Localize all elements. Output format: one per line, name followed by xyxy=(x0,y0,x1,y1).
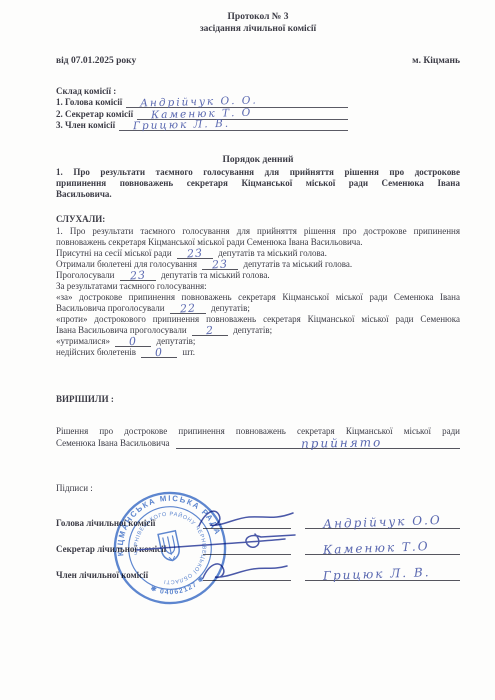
ballots-count-line: Отримали бюлетені для голосування 23 деп… xyxy=(56,259,460,270)
handwritten-number: 23 xyxy=(212,260,229,270)
line-text: «утрималися» xyxy=(56,336,110,346)
handwritten-decision: прийнято xyxy=(301,437,383,449)
agenda-heading: Порядок денний xyxy=(56,155,460,166)
line-text: депутатів та міський голова. xyxy=(218,248,327,258)
voted-count-line: Проголосували 23 депутатів та міський го… xyxy=(56,270,460,281)
document-title-block: Протокол № 3 засідання лічильної комісії xyxy=(56,12,460,35)
fill-in-blank: 0 xyxy=(141,347,177,358)
document-title: Протокол № 3 xyxy=(56,12,460,24)
fill-in-blank: 2 xyxy=(192,325,228,336)
document-subtitle: засідання лічильної комісії xyxy=(56,24,460,36)
line-text: Васильовича проголосували xyxy=(56,303,165,313)
protocol-document-page: Протокол № 3 засідання лічильної комісії… xyxy=(0,0,495,700)
line-text: Присутні на сесії міської ради xyxy=(56,248,172,258)
fill-in-line: Каменюк Т.О xyxy=(305,542,460,555)
vote-for-count-line: Васильовича проголосували 22 депутатів; xyxy=(56,303,460,314)
handwritten-name: Андрійчук О.О xyxy=(323,515,442,530)
composition-heading: Склад комісії : xyxy=(56,86,460,97)
handwritten-number: 23 xyxy=(187,249,204,259)
decided-fill-line: Семенюка Івана Васильовича прийнято xyxy=(56,437,460,449)
line-text: Проголосували xyxy=(56,270,114,280)
fill-in-line: Грицюк Л. В. xyxy=(305,568,460,581)
results-intro-line: За результатами таємного голосування: xyxy=(56,281,460,292)
heard-intro-line: 1. Про результати таємного голосування д… xyxy=(56,226,460,237)
line-text: депутатів та міський голова. xyxy=(243,259,352,269)
member-label: 2. Секретар комісії xyxy=(56,109,137,120)
line-text: недійсних бюлетенів xyxy=(56,347,136,357)
invalid-ballots-line: недійсних бюлетенів 0 шт. xyxy=(56,347,460,358)
agenda-text-line: 1. Про результати таємного голосування д… xyxy=(56,167,460,178)
present-count-line: Присутні на сесії міської ради 23 депута… xyxy=(56,248,460,259)
fill-in-blank: 0 xyxy=(115,336,151,347)
signatures-section: Підписи : КІЦМАНСЬКА МІСЬКА РАДА ✱ 04062… xyxy=(56,483,460,581)
decided-heading: ВИРІШИЛИ : xyxy=(56,394,460,405)
date-place-row: від 07.01.2025 року м. Кіцмань xyxy=(56,56,460,67)
commission-composition: Склад комісії : 1. Голова комісії Андрій… xyxy=(56,86,460,131)
signature-row-member: Член лічильної комісії Грицюк Л. В. xyxy=(56,555,460,581)
fill-in-blank: 22 xyxy=(170,303,206,314)
line-text: шт. xyxy=(183,347,195,357)
line-text: депутатів; xyxy=(157,336,196,346)
vote-against-count-line: Івана Васильовича проголосували 2 депута… xyxy=(56,325,460,336)
fill-in-blank: 23 xyxy=(120,270,156,281)
fill-in-blank: 23 xyxy=(177,248,213,259)
line-text: Отримали бюлетені для голосування xyxy=(56,259,197,269)
fill-in-blank: 23 xyxy=(202,259,238,270)
member-label: 3. Член комісії xyxy=(56,120,119,131)
fill-in-line: Андрійчук О.О xyxy=(305,516,460,529)
signature-row-secretary: Секретар лічильної комісії Каменюк Т.О xyxy=(56,529,460,555)
document-place: м. Кіцмань xyxy=(412,56,460,67)
heard-intro-line: повноважень секретаря Кіцманської місько… xyxy=(56,237,460,248)
signature-stroke-icon xyxy=(195,556,299,584)
handwritten-number: 0 xyxy=(129,337,138,347)
line-text: Семенюка Івана Васильовича xyxy=(56,438,176,449)
line-text: депутатів; xyxy=(233,325,272,335)
vote-against-line: «проти» дострокового припинення повноваж… xyxy=(56,314,460,325)
signature-row-head: Голова лічильної комісії Андрійчук О.О xyxy=(56,503,460,529)
agenda-text-line: Васильовича. xyxy=(56,189,460,200)
handwritten-name: Каменюк Т.О xyxy=(323,541,430,556)
decided-text-line: Рішення про дострокове припинення повнов… xyxy=(56,426,460,437)
handwritten-number: 2 xyxy=(206,326,215,336)
signature-line xyxy=(203,568,291,581)
vote-for-line: «за» дострокове припинення повноважень с… xyxy=(56,292,460,303)
document-date: від 07.01.2025 року xyxy=(56,56,136,67)
heard-heading: СЛУХАЛИ: xyxy=(56,214,460,225)
decided-section: ВИРІШИЛИ : Рішення про дострокове припин… xyxy=(56,394,460,449)
member-label: 1. Голова комісії xyxy=(56,97,126,108)
signature-rows: Голова лічильної комісії Андрійчук О.О С… xyxy=(56,503,460,581)
signature-role-label: Голова лічильної комісії xyxy=(56,518,203,529)
signatures-heading: Підписи : xyxy=(56,483,460,494)
handwritten-name: Грицюк Л. В. xyxy=(323,567,431,582)
agenda-section: Порядок денний 1. Про результати таємног… xyxy=(56,155,460,200)
heard-section: СЛУХАЛИ: 1. Про результати таємного голо… xyxy=(56,214,460,358)
signature-role-label: Секретар лічильної комісії xyxy=(56,544,203,555)
agenda-text-line: припинення повноважень секретаря Кіцманс… xyxy=(56,178,460,189)
line-text: депутатів; xyxy=(211,303,250,313)
member-row: 3. Член комісії Грицюк Л. В. xyxy=(56,120,348,131)
handwritten-number: 0 xyxy=(155,348,164,358)
signature-stroke-icon xyxy=(195,504,299,532)
signature-role-label: Член лічильної комісії xyxy=(56,570,203,581)
handwritten-name: Грицюк Л. В. xyxy=(133,119,230,133)
handwritten-number: 22 xyxy=(179,304,196,314)
line-text: депутатів та міський голова. xyxy=(161,270,270,280)
signature-line xyxy=(203,516,291,529)
decided-paragraph: Рішення про дострокове припинення повнов… xyxy=(56,426,460,449)
fill-in-line: Грицюк Л. В. xyxy=(119,119,348,131)
fill-in-line: прийнято xyxy=(176,437,461,449)
signature-line xyxy=(203,542,291,555)
abstained-count-line: «утрималися» 0 депутатів; xyxy=(56,336,460,347)
line-text: Івана Васильовича проголосували xyxy=(56,325,187,335)
member-row: 1. Голова комісії Андрійчук О. О. xyxy=(56,97,348,108)
fill-in-line: Каменюк Т. О xyxy=(137,108,348,120)
handwritten-number: 23 xyxy=(129,271,146,281)
